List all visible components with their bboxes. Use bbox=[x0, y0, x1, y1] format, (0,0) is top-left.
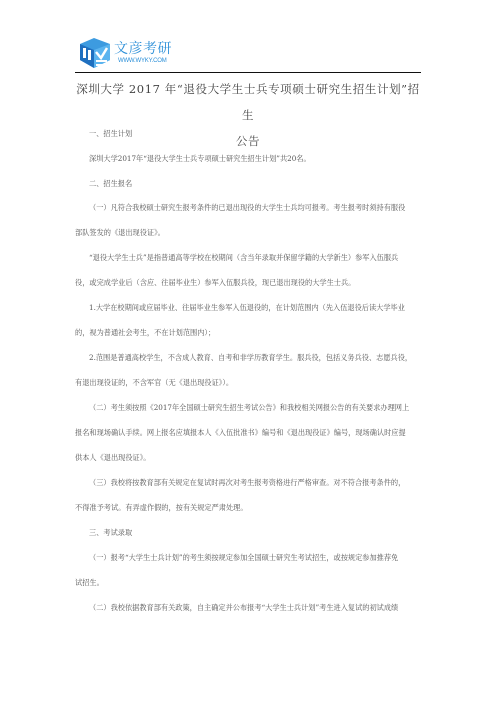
paragraph: 报名和现场确认手续。网上报名应填报本人《入伍批准书》编号和《退出现役证》编号，现… bbox=[75, 428, 421, 438]
document-title: 深圳大学 2017 年“退役大学生士兵专项硕士研究生招生计划”招生 公告 bbox=[75, 76, 421, 154]
paragraph: 深圳大学2017年“退役大学生士兵专项硕士研究生招生计划”共20名。 bbox=[75, 154, 421, 164]
section-heading-plan: 一、招生计划 bbox=[75, 129, 421, 139]
paragraph: 的，视为普通社会考生，不在计划范围内）； bbox=[75, 328, 421, 338]
logo-title: 文彦考研 bbox=[114, 38, 172, 58]
section-heading-registration: 二、招生报名 bbox=[75, 179, 421, 189]
title-line-1: 深圳大学 2017 年“退役大学生士兵专项硕士研究生招生计划”招生 bbox=[75, 76, 421, 128]
paragraph: 有退出现役证的，不含军官（无《退出现役证》）。 bbox=[75, 378, 421, 388]
paragraph: （二）我校依据教育部有关政策，自主确定并公布报考“大学生士兵计划”考生进入复试的… bbox=[75, 603, 421, 613]
paragraph: 2.范围是普通高校学生，不含成人教育、自考和非学历教育学生。服兵役，包括义务兵役… bbox=[75, 353, 421, 363]
header-divider bbox=[75, 72, 421, 73]
paragraph: 役，或完成学业后（含应、往届毕业生）参军入伍服兵役，现已退出现役的大学生士兵。 bbox=[75, 278, 421, 288]
paragraph: 试招生。 bbox=[75, 578, 421, 588]
paragraph: 不得准予考试。有弄虚作假的，按有关规定严肃处理。 bbox=[75, 503, 421, 513]
paragraph: （一）报考“大学生士兵计划”的考生须按规定参加全国硕士研究生考试招生，或按规定参… bbox=[75, 553, 421, 563]
paragraph: 供本人《退出现役证》。 bbox=[75, 453, 421, 463]
wyky-cube-logo-icon bbox=[78, 36, 112, 70]
paragraph: （二）考生须按照《2017年全国硕士研究生招生考试公告》和我校相关网报公告的有关… bbox=[75, 403, 421, 413]
site-logo: 文彦考研 WWW.WYKY.COM bbox=[78, 34, 178, 72]
paragraph: “退役大学生士兵”是指普通高等学校在校期间（含当年录取并保留学籍的大学新生）参军… bbox=[75, 253, 421, 263]
paragraph: 部队签发的《退出现役证》。 bbox=[75, 228, 421, 238]
paragraph: 1.大学在校期间或应届毕业、往届毕业生参军入伍退役的，在计划范围内（先入伍退役后… bbox=[75, 303, 421, 313]
logo-url: WWW.WYKY.COM bbox=[118, 58, 167, 64]
section-heading-exam: 三、考试录取 bbox=[75, 528, 421, 538]
paragraph: （一）凡符合我校硕士研究生报考条件的已退出现役的大学生士兵均可报考。考生报考时须… bbox=[75, 203, 421, 213]
paragraph: （三）我校将按教育部有关规定在复试时再次对考生报考资格进行严格审查。对不符合报考… bbox=[75, 478, 421, 488]
